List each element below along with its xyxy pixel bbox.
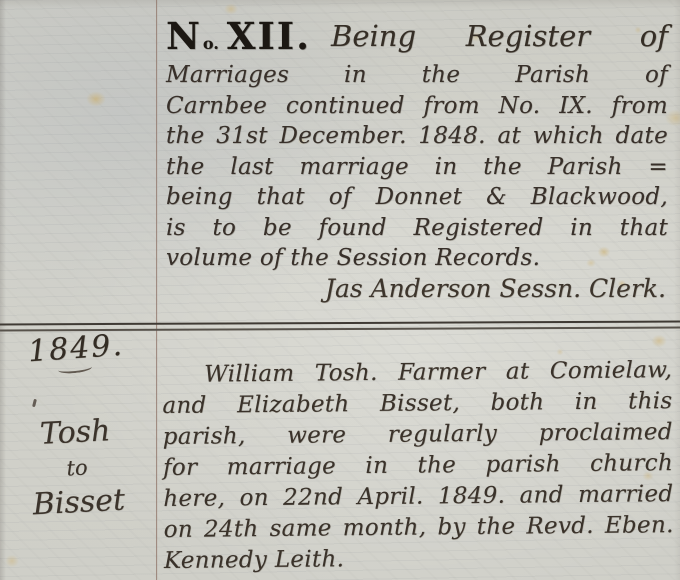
entry-party-names: Tosh to Bisset [3,407,151,528]
heading-line: Carnbee continued from No. IX. from [166,91,668,122]
entry-text: William Tosh. Farmer at Comielaw, and El… [162,355,674,577]
heading-opening-text: Being Register of [331,16,668,56]
party-surname-groom: Tosh [3,407,147,458]
margin-rule-line [156,0,157,580]
heading-line: is to be found Registered in that [166,213,668,244]
entry-line: parish, were regularly proclaimed [163,417,673,453]
register-number-ordinal: o. [203,34,219,53]
register-number-n: N [166,14,202,58]
session-clerk-signature: Jas Anderson Sessn. Clerk. [166,274,668,304]
heading-line: Marriages in the Parish of [166,60,668,91]
heading-line: volume of the Session Records. [166,243,668,274]
entry-line: for marriage in the parish church [163,448,673,484]
entry-line: on 24th same month, by the Revd. Eben. [163,510,673,546]
entry-line: here, on 22nd April. 1849. and married [163,479,673,515]
ink-speck [32,399,37,407]
heading-line: the 31st December. 1848. at which date [166,121,668,152]
heading-line: the last marriage in the Parish = [166,152,668,183]
entry-margin-column: 1849. Tosh to Bisset [6,331,148,525]
heading-first-line: No.XII. Being Register of [166,16,668,60]
entry-line: and Elizabeth Bisset, both in this [162,386,672,422]
register-number: No.XII. [166,16,311,57]
entry-line: William Tosh. Farmer at Comielaw, [162,355,672,391]
entry-line: Kennedy Leith. [164,541,674,577]
heading-line: being that of Donnet & Blackwood, [166,182,668,213]
party-surname-bride: Bisset [7,477,151,528]
register-number-numeral: XII. [227,14,311,58]
register-heading: No.XII. Being Register of Marriages in t… [166,16,668,304]
register-page-scan: No.XII. Being Register of Marriages in t… [0,0,680,580]
